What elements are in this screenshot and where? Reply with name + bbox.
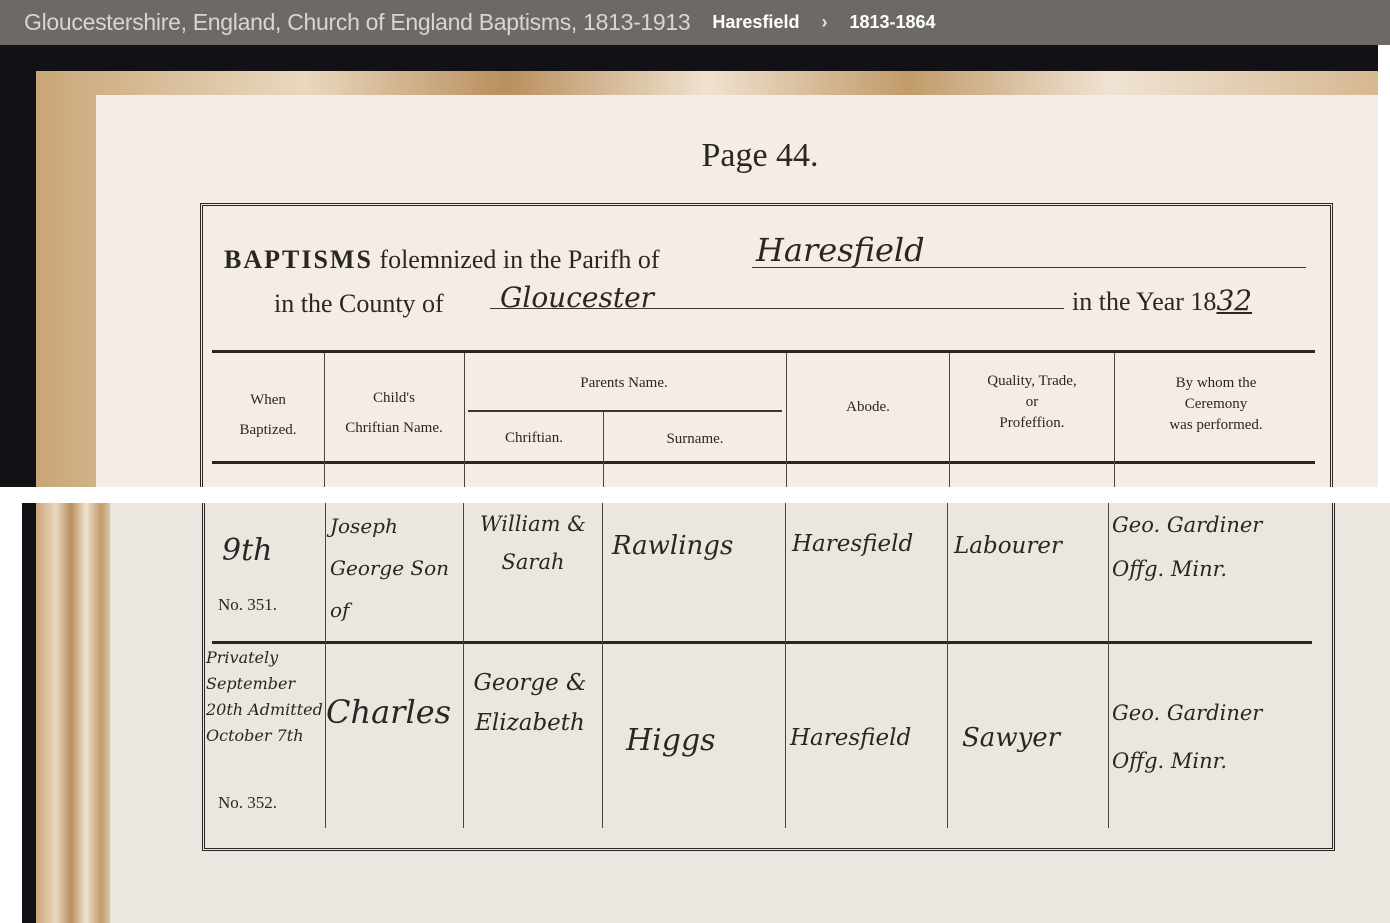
record-image-top[interactable]: Page 44. BAPTISMS folemnized in the Pari… [0,45,1378,487]
row-divider [212,641,1312,644]
entry-352-profession: Sawyer [962,723,1060,753]
col-divider-6-lower [1108,503,1109,828]
entry-351-surname: Rawlings [612,531,733,561]
entry-352-child: Charles [326,693,451,731]
entry-352-date: Privately September 20th Admitted Octobe… [206,645,326,749]
header-bottom-rule [212,461,1315,464]
county-underline [490,308,1064,309]
entry-352-abode: Haresfield [790,725,911,751]
year-prefix: in the Year 18 [1072,287,1216,316]
entry-351-profession: Labourer [954,533,1062,559]
breadcrumb-bar: Gloucestershire, England, Church of Engl… [0,0,1390,45]
col-header-when-baptized: When Baptized. [214,385,322,445]
entry-351-abode: Haresfield [792,531,913,557]
parents-divider [468,410,782,412]
entry-351-officiant: Geo. Gardiner Offg. Minr. [1112,503,1317,591]
entry-351-date: 9th [222,533,272,568]
year-label: in the Year 1832 [1072,281,1252,322]
col-divider-3 [603,412,604,487]
heading-line-1: BAPTISMS folemnized in the Parifh of [224,241,660,279]
col-header-quality: Quality, Trade, or Profeffion. [951,371,1113,434]
entry-351-parents: William & Sarah [468,505,598,581]
col-divider-6 [1114,353,1115,487]
col-header-parents-name: Parents Name. [466,373,782,395]
parish-underline [752,267,1306,268]
entry-351-child: Joseph George Son of [330,505,460,631]
collection-title-link[interactable]: Gloucestershire, England, Church of Engl… [24,9,690,36]
col-header-child-name: Child's Chriftian Name. [326,383,462,443]
entry-352-parents: George & Elizabeth [460,663,600,743]
breadcrumb-range[interactable]: 1813-1864 [849,12,935,33]
col-divider-1 [324,353,325,487]
col-divider-5-lower [947,503,948,828]
header-top-rule [212,350,1315,353]
col-divider-4-lower [785,503,786,828]
county-handwritten: Gloucester [500,281,654,314]
col-divider-2 [464,353,465,487]
col-divider-5 [949,353,950,487]
col-header-parents-christian: Chriftian. [466,428,602,450]
col-header-parents-surname: Surname. [605,429,785,451]
chevron-right-icon: › [821,12,827,33]
col-header-by-whom: By whom the Ceremony was performed. [1116,373,1316,436]
county-label: in the County of [274,285,444,323]
col-header-abode: Abode. [788,397,948,419]
page-number: Page 44. [640,131,880,180]
parish-handwritten: Haresfield [756,231,925,269]
col-divider-4 [786,353,787,487]
heading-text: folemnized in the Parifh of [379,245,659,274]
entry-351-number: No. 351. [218,593,277,618]
year-handwritten: 32 [1216,284,1252,317]
entry-352-officiant: Geo. Gardiner Offg. Minr. [1112,689,1317,785]
entry-352-number: No. 352. [218,791,277,816]
record-image-bottom[interactable]: 9th No. 351. Joseph George Son of Willia… [22,503,1390,923]
entry-352-surname: Higgs [626,723,716,758]
col-divider-3-lower [602,503,603,828]
heading-baptisms: BAPTISMS [224,245,373,274]
breadcrumb-parish[interactable]: Haresfield [712,12,799,33]
